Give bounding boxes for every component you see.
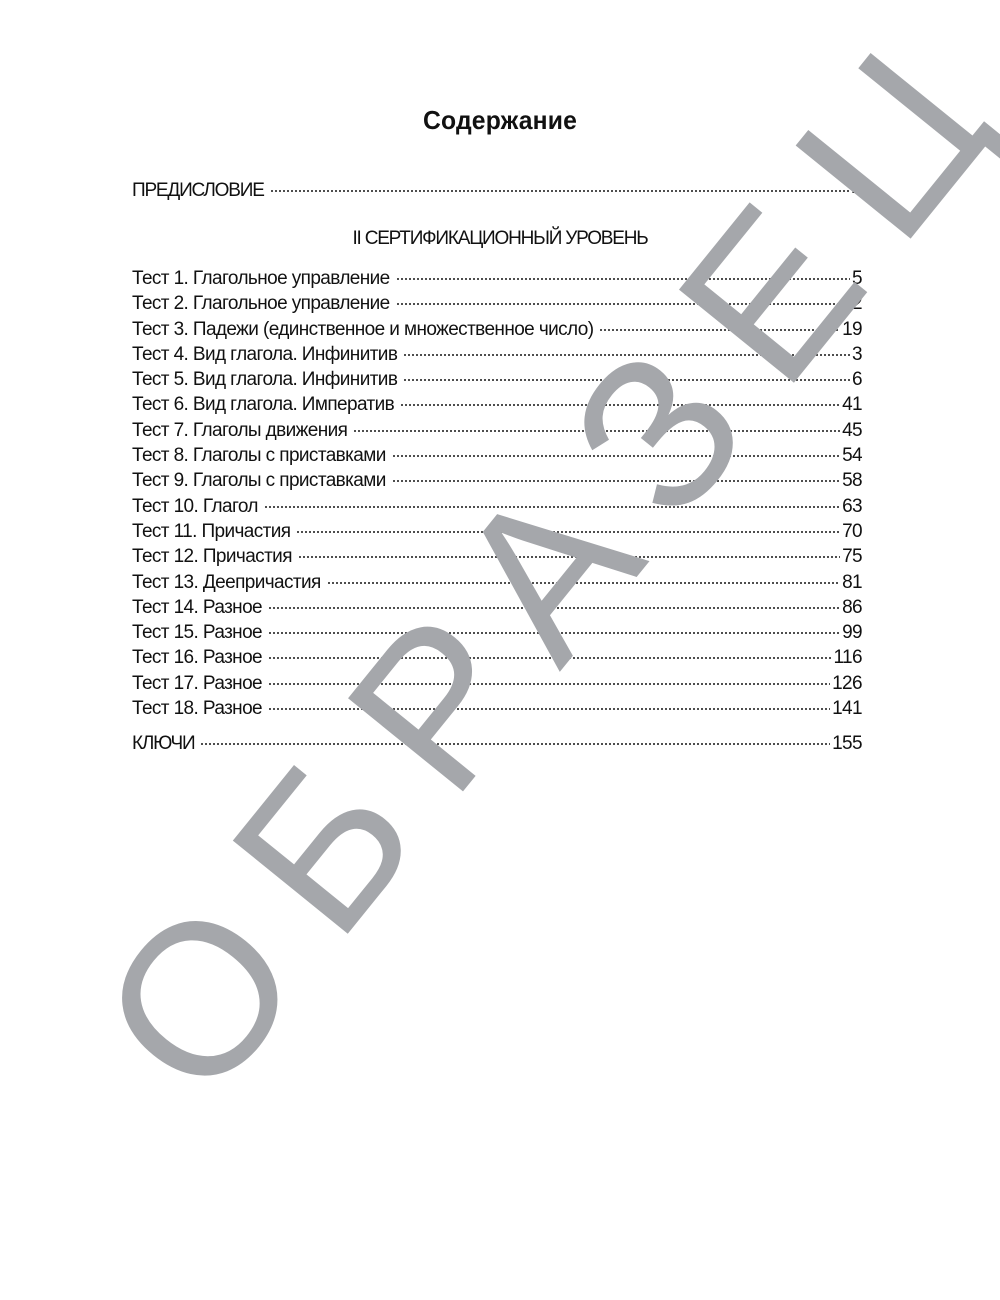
toc-entry-test-11[interactable]: Тест 11. Причастия70 <box>132 519 862 544</box>
dot-leader <box>200 742 830 746</box>
dot-leader <box>403 378 850 382</box>
toc-entry-test-16[interactable]: Тест 16. Разное116 <box>132 645 862 670</box>
toc-entry-page: 41 <box>842 392 862 417</box>
toc-entry-page: 54 <box>842 443 862 468</box>
toc-entry-page: 3 <box>852 342 862 367</box>
toc-entry-test-4[interactable]: Тест 4. Вид глагола. Инфинитив3 <box>132 342 862 367</box>
toc-entry-test-5[interactable]: Тест 5. Вид глагола. Инфинитив6 <box>132 367 862 392</box>
dot-leader <box>599 328 840 332</box>
toc-entry-label: Тест 16. Разное <box>132 645 262 670</box>
toc-entry-label: Тест 18. Разное <box>132 696 262 721</box>
dot-leader <box>392 479 840 483</box>
dot-leader <box>296 530 840 534</box>
toc-entry-label: Тест 4. Вид глагола. Инфинитив <box>132 342 397 367</box>
dot-leader <box>268 656 831 660</box>
toc-entry-test-2[interactable]: Тест 2. Глагольное управление12 <box>132 291 862 316</box>
toc-entry-preface[interactable]: ПРЕДИСЛОВИЕ 4 <box>132 178 862 203</box>
toc-entry-label: Тест 11. Причастия <box>132 519 290 544</box>
toc-entry-test-7[interactable]: Тест 7. Глаголы движения45 <box>132 418 862 443</box>
dot-leader <box>353 429 840 433</box>
toc-entry-label: Тест 1. Глагольное управление <box>132 266 390 291</box>
toc-entry-label: Тест 13. Деепричастия <box>132 570 321 595</box>
dot-leader <box>403 353 850 357</box>
dot-leader <box>270 189 850 193</box>
toc-entry-label: Тест 7. Глаголы движения <box>132 418 347 443</box>
dot-leader <box>396 277 850 281</box>
toc-entry-page: 45 <box>842 418 862 443</box>
toc-entry-page: 70 <box>842 519 862 544</box>
toc-entry-test-13[interactable]: Тест 13. Деепричастия81 <box>132 570 862 595</box>
dot-leader <box>268 682 830 686</box>
section-heading: II СЕРТИФИКАЦИОННЫЙ УРОВЕНЬ <box>0 228 1000 250</box>
toc-entry-page: 155 <box>832 731 862 756</box>
toc-entry-page: 4 <box>852 178 862 203</box>
toc-entry-test-14[interactable]: Тест 14. Разное86 <box>132 595 862 620</box>
toc-entry-test-10[interactable]: Тест 10. Глагол63 <box>132 494 862 519</box>
toc-entry-test-18[interactable]: Тест 18. Разное141 <box>132 696 862 721</box>
dot-leader <box>298 555 840 559</box>
dot-leader <box>268 631 840 635</box>
toc-entry-test-12[interactable]: Тест 12. Причастия75 <box>132 544 862 569</box>
toc-entry-page: 58 <box>842 468 862 493</box>
toc-entry-page: 19 <box>842 317 862 342</box>
toc-entry-test-1[interactable]: Тест 1. Глагольное управление5 <box>132 266 862 291</box>
toc-entry-label: КЛЮЧИ <box>132 731 194 756</box>
dot-leader <box>396 302 840 306</box>
toc-entry-test-6[interactable]: Тест 6. Вид глагола. Императив41 <box>132 392 862 417</box>
toc-entry-label: Тест 3. Падежи (единственное и множестве… <box>132 317 593 342</box>
document-page: Содержание ПРЕДИСЛОВИЕ 4 II СЕРТИФИКАЦИО… <box>0 0 1000 1300</box>
toc-entry-keys[interactable]: КЛЮЧИ 155 <box>132 731 862 756</box>
toc-entry-page: 86 <box>842 595 862 620</box>
toc-entry-page: 75 <box>842 544 862 569</box>
toc-entry-page: 6 <box>852 367 862 392</box>
toc-entry-label: Тест 6. Вид глагола. Императив <box>132 392 394 417</box>
toc-entry-label: Тест 5. Вид глагола. Инфинитив <box>132 367 397 392</box>
toc-entry-label: ПРЕДИСЛОВИЕ <box>132 178 264 203</box>
toc-entry-label: Тест 15. Разное <box>132 620 262 645</box>
toc-entry-label: Тест 10. Глагол <box>132 494 258 519</box>
toc-entry-page: 81 <box>842 570 862 595</box>
toc-entry-test-3[interactable]: Тест 3. Падежи (единственное и множестве… <box>132 317 862 342</box>
toc-entry-page: 126 <box>832 671 862 696</box>
toc-entry-label: Тест 17. Разное <box>132 671 262 696</box>
toc-tests-list: Тест 1. Глагольное управление5Тест 2. Гл… <box>132 266 862 721</box>
toc-entry-page: 141 <box>832 696 862 721</box>
toc-entry-label: Тест 8. Глаголы с приставками <box>132 443 386 468</box>
dot-leader <box>392 454 840 458</box>
dot-leader <box>268 707 830 711</box>
toc-entry-page: 5 <box>852 266 862 291</box>
toc-entry-page: 116 <box>834 645 863 670</box>
toc-entry-page: 12 <box>842 291 862 316</box>
dot-leader <box>264 505 840 509</box>
toc-entry-test-17[interactable]: Тест 17. Разное126 <box>132 671 862 696</box>
toc-entry-page: 63 <box>842 494 862 519</box>
toc-entry-label: Тест 12. Причастия <box>132 544 292 569</box>
dot-leader <box>327 581 840 585</box>
toc-entry-test-15[interactable]: Тест 15. Разное99 <box>132 620 862 645</box>
toc-entry-test-9[interactable]: Тест 9. Глаголы с приставками58 <box>132 468 862 493</box>
toc-entry-page: 99 <box>842 620 862 645</box>
toc-entry-label: Тест 2. Глагольное управление <box>132 291 390 316</box>
page-title: Содержание <box>25 105 975 136</box>
dot-leader <box>268 606 840 610</box>
toc-entry-label: Тест 14. Разное <box>132 595 262 620</box>
toc-entry-label: Тест 9. Глаголы с приставками <box>132 468 386 493</box>
toc-entry-test-8[interactable]: Тест 8. Глаголы с приставками54 <box>132 443 862 468</box>
dot-leader <box>400 403 840 407</box>
